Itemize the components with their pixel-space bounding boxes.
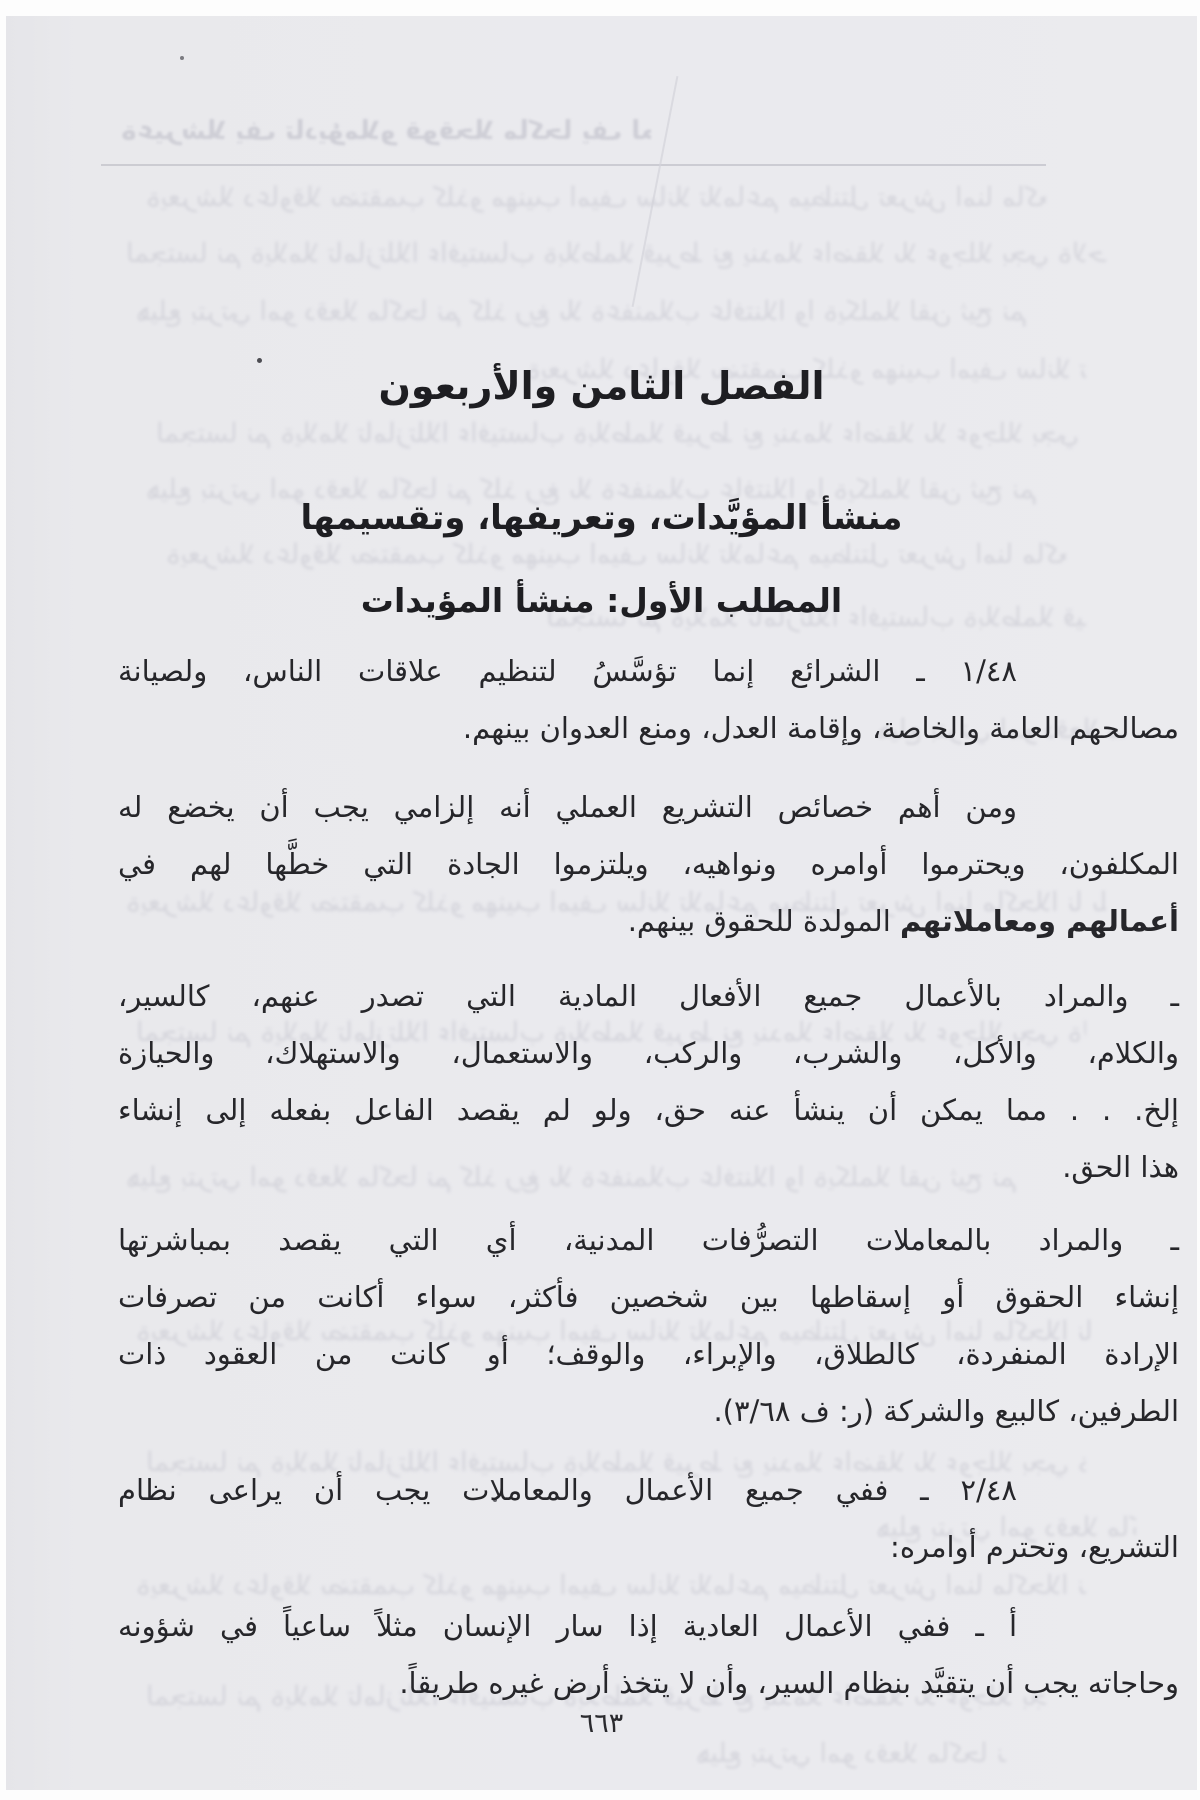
paper-surface: الفصل الثامن والأربعون منشأ المؤيَّدات، … <box>6 16 1197 1790</box>
bleed-through-line <box>136 296 1096 336</box>
chapter-title: الفصل الثامن والأربعون <box>46 364 1157 408</box>
bleed-through-line <box>126 238 1106 278</box>
bleed-through-line <box>696 1738 1006 1778</box>
ghost-running-head <box>121 116 651 158</box>
bold-phrase: أعمالهم ومعاملاتهم <box>900 904 1179 938</box>
text-line: إنشاء الحقوق أو إسقاطها بين شخصين فأكثر،… <box>118 1269 1179 1326</box>
page-number: ٦٦٣ <box>6 1708 1197 1739</box>
text-line: ـ والمراد بالمعاملات التصرُّفات المدنية،… <box>118 1212 1179 1269</box>
scanned-page: الفصل الثامن والأربعون منشأ المؤيَّدات، … <box>0 0 1200 1800</box>
crease-line <box>632 76 679 307</box>
text-line: والكلام، والأكل، والشرب، والركب، والاستع… <box>118 1025 1179 1082</box>
bleed-through-line <box>146 182 1046 222</box>
text-line: ـ والمراد بالأعمال جميع الأفعال المادية … <box>118 968 1179 1025</box>
ink-speck <box>257 358 262 363</box>
subsection-title: المطلب الأول: منشأ المؤيدات <box>46 581 1157 620</box>
page-body: ١/٤٨ ـ الشرائع إنما تؤسَّسُ لتنظيم علاقا… <box>118 643 1179 1712</box>
header-rule <box>101 164 1046 166</box>
text-line: أعمالهم ومعاملاتهم المولدة للحقوق بينهم. <box>118 893 1179 950</box>
section-title: منشأ المؤيَّدات، وتعريفها، وتقسيمها <box>46 498 1157 538</box>
paragraph: ٢/٤٨ ـ ففي جميع الأعمال والمعاملات يجب أ… <box>118 1462 1179 1576</box>
text-line: أ ـ ففي الأعمال العادية إذا سار الإنسان … <box>118 1598 1179 1655</box>
text-line: إلخ. . . مما يمكن أن ينشأ عنه حق، ولو لم… <box>118 1082 1179 1139</box>
text-line: الإرادة المنفردة، كالطلاق، والإبراء، وال… <box>118 1326 1179 1383</box>
text-line: ومن أهم خصائص التشريع العملي أنه إلزامي … <box>118 779 1179 836</box>
text-line: المكلفون، ويحترموا أوامره ونواهيه، ويلتز… <box>118 836 1179 893</box>
text-line: ١/٤٨ ـ الشرائع إنما تؤسَّسُ لتنظيم علاقا… <box>118 643 1179 700</box>
text-line: ٢/٤٨ ـ ففي جميع الأعمال والمعاملات يجب أ… <box>118 1462 1179 1519</box>
ink-speck <box>180 56 184 60</box>
paragraph: ـ والمراد بالمعاملات التصرُّفات المدنية،… <box>118 1212 1179 1440</box>
text-line: التشريع، وتحترم أوامره: <box>118 1519 1179 1576</box>
paragraph: ومن أهم خصائص التشريع العملي أنه إلزامي … <box>118 779 1179 950</box>
text-line: مصالحهم العامة والخاصة، وإقامة العدل، وم… <box>118 700 1179 757</box>
text-line: الطرفين، كالبيع والشركة (ر: ف ٣/٦٨). <box>118 1383 1179 1440</box>
paragraph: ١/٤٨ ـ الشرائع إنما تؤسَّسُ لتنظيم علاقا… <box>118 643 1179 757</box>
text-line-rest: المولدة للحقوق بينهم. <box>628 904 900 938</box>
bleed-through-line <box>166 539 1066 579</box>
text-line: وحاجاته يجب أن يتقيَّد بنظام السير، وأن … <box>118 1655 1179 1712</box>
paragraph: أ ـ ففي الأعمال العادية إذا سار الإنسان … <box>118 1598 1179 1712</box>
text-line: هذا الحق. <box>118 1139 1179 1196</box>
paragraph: ـ والمراد بالأعمال جميع الأفعال المادية … <box>118 968 1179 1196</box>
bleed-through-line <box>156 418 1086 458</box>
